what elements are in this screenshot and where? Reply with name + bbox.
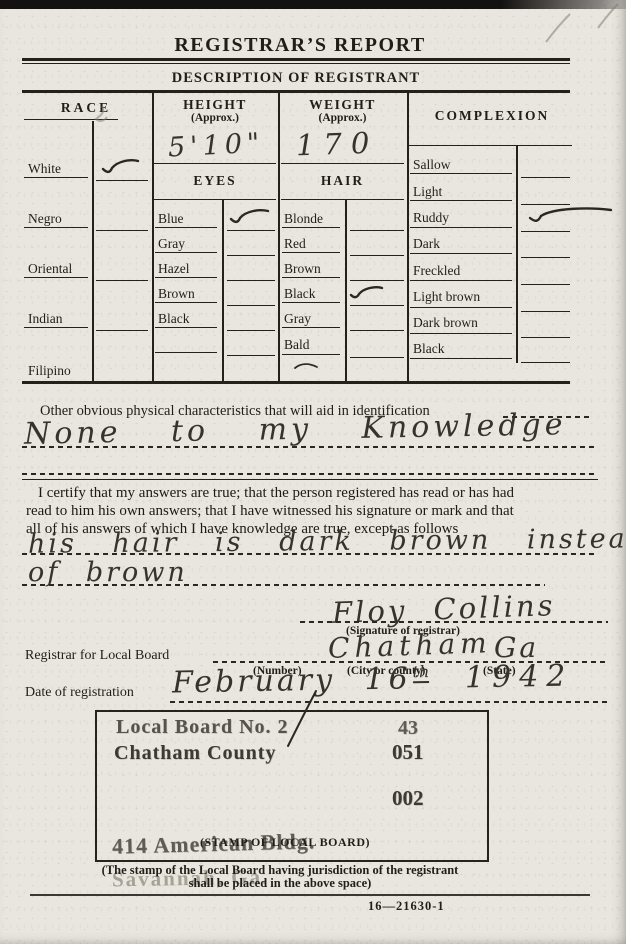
complexion-option-freckled: Freckled: [413, 263, 460, 279]
eyes-option-hazel: Hazel: [158, 261, 189, 277]
hair-option-brown: Brown: [284, 261, 321, 277]
footer-rule: [30, 894, 590, 896]
form-number: 16—21630-1: [368, 899, 445, 914]
date-day-suffix: th: [412, 662, 429, 683]
cell-underline: [282, 354, 340, 355]
stamp-code-1: 43: [398, 717, 418, 740]
stray-pen-mark: [284, 688, 320, 750]
title-rule-top: [22, 58, 570, 61]
date-rule: [170, 701, 608, 703]
cell-underline: [24, 327, 88, 328]
hair-option-red: Red: [284, 236, 306, 252]
weight-approx-label: (Approx.): [278, 112, 407, 124]
cell-underline: [521, 284, 570, 285]
stray-pen-mark: [293, 360, 319, 372]
stamp-code-2: 051: [392, 740, 424, 765]
hair-header-underline: [281, 199, 404, 200]
cell-underline: [350, 280, 404, 281]
race-option-oriental: Oriental: [28, 261, 72, 277]
cell-underline: [410, 280, 512, 281]
cell-underline: [521, 257, 570, 258]
complexion-check-divider: [516, 146, 518, 363]
cell-underline: [227, 280, 275, 281]
stamp-board-line: Local Board No. 2: [116, 716, 289, 739]
hair-check-divider: [345, 199, 347, 381]
cell-underline: [410, 333, 512, 334]
separator-dashed: [22, 473, 598, 475]
stamp-county-line: Chatham County: [114, 742, 276, 765]
cell-underline: [227, 255, 275, 256]
complexion-option-ruddy: Ruddy: [413, 210, 449, 226]
cell-underline: [410, 227, 512, 228]
answer-line: [22, 446, 598, 448]
cell-underline: [227, 355, 275, 356]
complexion-header-underline: [409, 145, 572, 146]
separator-solid: [22, 479, 598, 480]
hair-option-bald: Bald: [284, 337, 310, 353]
cell-underline: [521, 177, 570, 178]
height-value-underline: [154, 163, 276, 164]
cell-underline: [96, 280, 148, 281]
signature-rule: [300, 621, 608, 623]
cell-underline: [350, 330, 404, 331]
eyes-check-divider: [222, 199, 224, 381]
cell-underline: [155, 327, 217, 328]
stamp-code-3: 002: [392, 786, 424, 811]
race-option-white: White: [28, 161, 61, 177]
registrar-signature: Floy Collins: [331, 588, 556, 630]
cell-underline: [96, 230, 148, 231]
cell-underline: [410, 200, 512, 201]
cell-underline: [350, 255, 404, 256]
height-header: HEIGHT: [152, 97, 278, 113]
cell-underline: [227, 230, 275, 231]
title-rule-bottom: [22, 63, 570, 64]
certification-line-2: read to him his own answers; that I have…: [26, 503, 514, 520]
cell-underline: [155, 277, 217, 278]
eyes-option-brown: Brown: [158, 286, 195, 302]
date-line-label: Date of registration: [25, 685, 134, 701]
pencil-mark: [92, 104, 110, 128]
height-value: 5'10": [167, 127, 265, 163]
exception-rule-2: [22, 584, 545, 586]
registrar-report-form: REGISTRAR’S REPORT DESCRIPTION OF REGIST…: [0, 0, 626, 944]
pencil-mark: [592, 2, 622, 32]
cell-underline: [521, 231, 570, 232]
eyes-header-underline: [154, 199, 276, 200]
race-option-indian: Indian: [28, 311, 63, 327]
cell-underline: [410, 253, 512, 254]
eyes-option-gray: Gray: [158, 236, 185, 252]
cell-underline: [410, 358, 512, 359]
date-day: 16: [364, 661, 413, 697]
hair-option-gray: Gray: [284, 311, 311, 327]
cell-underline: [155, 227, 217, 228]
checkmark-icon: [527, 205, 613, 225]
exception-rule-1: [22, 553, 598, 555]
cell-underline: [521, 311, 570, 312]
complexion-option-sallow: Sallow: [413, 157, 451, 173]
hair-header: HAIR: [278, 173, 407, 189]
cell-underline: [96, 330, 148, 331]
height-approx-label: (Approx.): [152, 112, 278, 124]
eyes-option-black: Black: [158, 311, 190, 327]
cell-underline: [24, 277, 88, 278]
checkmark-icon: [100, 157, 140, 177]
complexion-option-light-brown: Light brown: [413, 289, 480, 305]
cell-underline: [350, 305, 404, 306]
registrar-line-label: Registrar for Local Board: [25, 648, 169, 664]
cell-underline: [521, 362, 570, 363]
col-divider-1: [152, 92, 154, 381]
weight-value: 170: [295, 126, 378, 163]
page-title: REGISTRAR’S REPORT: [0, 34, 600, 57]
checkmark-icon: [228, 207, 270, 227]
race-option-filipino: Filipino: [28, 363, 71, 379]
race-check-divider: [92, 121, 94, 381]
eyes-header: EYES: [152, 173, 278, 189]
cell-underline: [96, 180, 148, 181]
cell-underline: [350, 357, 404, 358]
cell-underline: [155, 352, 217, 353]
table-top-border: [22, 90, 570, 93]
race-option-negro: Negro: [28, 211, 62, 227]
date-year: 1942: [465, 659, 574, 696]
checkmark-icon: [348, 284, 384, 302]
complexion-option-dark: Dark: [413, 236, 440, 252]
cell-underline: [282, 252, 340, 253]
cell-underline: [155, 252, 217, 253]
complexion-header: COMPLEXION: [407, 108, 577, 124]
stamp-box-caption: (STAMP OF LOCAL BOARD): [200, 835, 370, 850]
cell-underline: [282, 277, 340, 278]
cell-underline: [521, 337, 570, 338]
cell-underline: [350, 230, 404, 231]
hair-option-black: Black: [284, 286, 316, 302]
registrar-city-value: Chatham: [327, 626, 492, 665]
col-divider-2: [278, 92, 280, 381]
date-value: February 16th 1942: [172, 659, 574, 701]
stamp-board-text: Local Board No. 2: [116, 716, 289, 738]
cell-underline: [24, 227, 88, 228]
cell-underline: [282, 227, 340, 228]
section-title: DESCRIPTION OF REGISTRANT: [0, 70, 592, 87]
weight-header: WEIGHT: [278, 97, 407, 113]
cell-underline: [24, 177, 88, 178]
certification-line-1: I certify that my answers are true; that…: [38, 485, 514, 502]
cell-underline: [227, 330, 275, 331]
cell-underline: [155, 302, 217, 303]
cell-underline: [227, 305, 275, 306]
col-divider-3: [407, 92, 409, 381]
weight-value-underline: [281, 163, 404, 164]
cell-underline: [410, 307, 512, 308]
eyes-option-blue: Blue: [158, 211, 184, 227]
cell-underline: [282, 302, 340, 303]
scan-edge-bar: [0, 0, 626, 9]
cell-underline: [282, 327, 340, 328]
complexion-option-light: Light: [413, 184, 442, 200]
race-header: RACE: [22, 100, 150, 116]
hair-option-blonde: Blonde: [284, 211, 323, 227]
cell-underline: [410, 173, 512, 174]
stamp-note-line-2: shall be placed in the above space): [40, 876, 520, 891]
complexion-option-black: Black: [413, 341, 445, 357]
complexion-option-dark-brown: Dark brown: [413, 315, 478, 331]
table-bottom-border: [22, 381, 570, 384]
